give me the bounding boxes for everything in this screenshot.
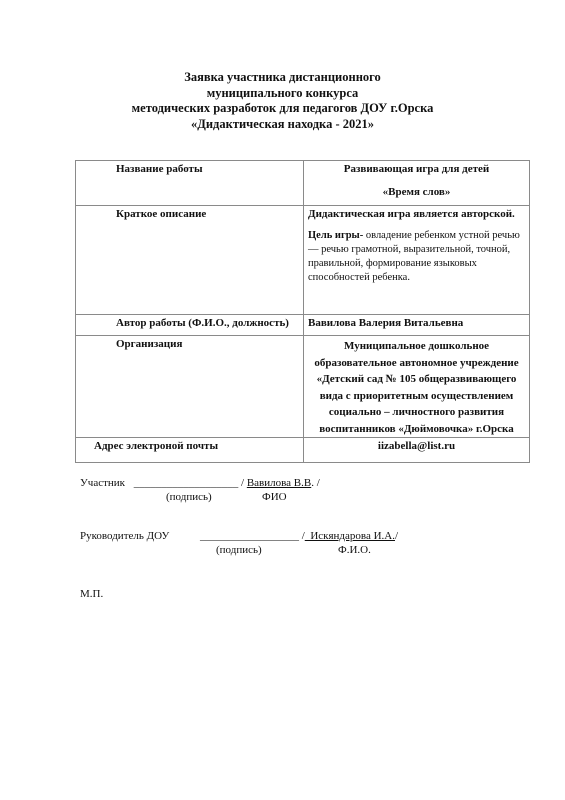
value-organization: Муниципальное дошкольное образовательное… xyxy=(314,340,518,435)
head-signature-line: __________________ /_Искяндарова И.А./ xyxy=(200,530,398,542)
value-description-line1: Дидактическая игра является авторской. xyxy=(308,208,525,221)
head-name-caption: Ф.И.О. xyxy=(338,544,371,556)
head-label: Руководитель ДОУ xyxy=(80,530,169,542)
value-email: iizabella@list.ru xyxy=(378,440,455,452)
participant-sign-blank: ___________________ xyxy=(134,477,239,489)
value-description-goal: Цель игры- овладение ребенком устной реч… xyxy=(308,229,525,285)
table-row-organization: Организация Муниципальное дошкольное обр… xyxy=(76,336,530,438)
label-work-title: Название работы xyxy=(76,161,303,175)
label-organization: Организация xyxy=(76,336,303,350)
participant-name: Вавилова В.В xyxy=(247,477,311,489)
value-work-title-line2: «Время слов» xyxy=(308,186,525,199)
table-row-description: Краткое описание Дидактическая игра явля… xyxy=(76,206,530,315)
participant-sep-close: . / xyxy=(311,477,320,489)
head-name: _Искяндарова И.А. xyxy=(305,530,395,542)
document-title: Заявка участника дистанционного муниципа… xyxy=(0,70,565,132)
participant-sign-caption: (подпись) xyxy=(166,491,212,503)
head-sign-blank: __________________ xyxy=(200,530,299,542)
head-sep-close: / xyxy=(395,530,398,542)
participant-signature-line: Участник ___________________ / Вавилова … xyxy=(80,477,320,489)
participant-sep-open: / xyxy=(238,477,247,489)
stamp-placeholder: М.П. xyxy=(80,588,103,600)
title-line-1: Заявка участника дистанционного xyxy=(0,70,565,86)
application-table: Название работы Развивающая игра для дет… xyxy=(75,160,530,463)
table-row-email: Адрес электроной почты iizabella@list.ru xyxy=(76,438,530,463)
table-row-work-title: Название работы Развивающая игра для дет… xyxy=(76,161,530,206)
value-author: Вавилова Валерия Витальевна xyxy=(308,317,463,329)
label-author: Автор работы (Ф.И.О., должность) xyxy=(76,315,303,329)
participant-label: Участник xyxy=(80,477,125,489)
title-line-2: муниципального конкурса xyxy=(0,86,565,102)
value-work-title-line1: Развивающая игра для детей xyxy=(308,163,525,176)
title-line-3: методических разработок для педагогов ДО… xyxy=(0,101,565,117)
title-line-4: «Дидактическая находка - 2021» xyxy=(0,117,565,133)
table-row-author: Автор работы (Ф.И.О., должность) Вавилов… xyxy=(76,315,530,336)
head-sign-caption: (подпись) xyxy=(216,544,262,556)
goal-label: Цель игры- xyxy=(308,230,363,241)
label-description: Краткое описание xyxy=(76,206,303,220)
participant-name-caption: ФИО xyxy=(262,491,287,503)
label-email: Адрес электроной почты xyxy=(76,438,303,452)
